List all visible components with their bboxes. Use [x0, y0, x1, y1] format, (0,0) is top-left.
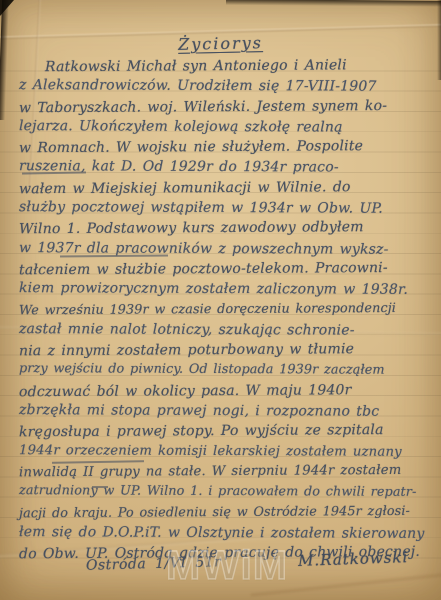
- handwritten-line: służby pocztowej wstąpiłem w 1934r w Obw…: [19, 197, 433, 219]
- handwritten-line: inwalidą II grupy na stałe. W sierpniu 1…: [19, 461, 433, 484]
- photo-corner-shadow: [0, 0, 14, 16]
- underline-mark: [92, 486, 108, 488]
- handwritten-line: z Aleksandrowiczów. Urodziłem się 17-VII…: [19, 75, 433, 97]
- paper-sheet: Życiorys Ratkowski Michał syn Antoniego …: [0, 0, 441, 600]
- handwritten-line: zastał mnie nalot lotniczy, szukając sch…: [19, 319, 433, 341]
- handwritten-line: 1944r orzeczeniem komisji lekarskiej zos…: [19, 441, 433, 463]
- handwritten-line: w Taboryszkach. woj. Wileński. Jestem sy…: [19, 95, 433, 118]
- signature: M.Ratkowski: [298, 548, 409, 570]
- handwritten-line: w Romnach. W wojsku nie służyłem. Pospol…: [19, 136, 433, 159]
- handwritten-line: odczuwać ból w okolicy pasa. W maju 1940…: [19, 379, 433, 402]
- document-photo: Życiorys Ratkowski Michał syn Antoniego …: [0, 0, 441, 600]
- handwritten-line: tałceniem w służbie pocztowo-telekom. Pr…: [19, 258, 433, 281]
- handwritten-line: kręgosłupa i prawej stopy. Po wyjściu ze…: [19, 420, 433, 443]
- document-body: Ratkowski Michał syn Antoniego i Anieli …: [19, 56, 433, 563]
- handwritten-line: We wrześniu 1939r w czasie doręczeniu ko…: [19, 298, 433, 321]
- handwritten-line: lejarza. Ukończyłem kolejową szkołę real…: [19, 116, 433, 138]
- museum-watermark: MWiM: [166, 542, 288, 589]
- photo-edge-shadow: [437, 0, 441, 80]
- handwritten-line: zbrzękła mi stopa prawej nogi, i rozpozn…: [19, 400, 433, 422]
- handwritten-line: jacji do kraju. Po osiedleniu się w Ostr…: [19, 501, 433, 524]
- handwritten-line: nia z innymi zostałem poturbowany w tłum…: [19, 339, 433, 362]
- handwritten-line: przy wejściu do piwnicy. Od listopada 19…: [19, 360, 433, 382]
- handwritten-line: kiem prowizorycznym zostałem zaliczonym …: [19, 278, 433, 300]
- handwritten-line: wałem w Miejskiej komunikacji w Wilnie. …: [19, 177, 433, 200]
- handwritten-line: ruszenia, kat D. Od 1929r do 1934r praco…: [19, 157, 433, 179]
- photo-edge-shadow: [226, 0, 441, 7]
- handwritten-line: łem się do D.O.P.iT. w Olsztynie i zosta…: [19, 522, 433, 544]
- handwritten-line: Ratkowski Michał syn Antoniego i Anieli: [45, 55, 433, 78]
- handwritten-line: Wilno 1. Podstawowy kurs zawodowy odbyłe…: [19, 217, 433, 240]
- handwritten-line: zatrudniony w UP. Wilno 1. i pracowałem …: [19, 481, 433, 503]
